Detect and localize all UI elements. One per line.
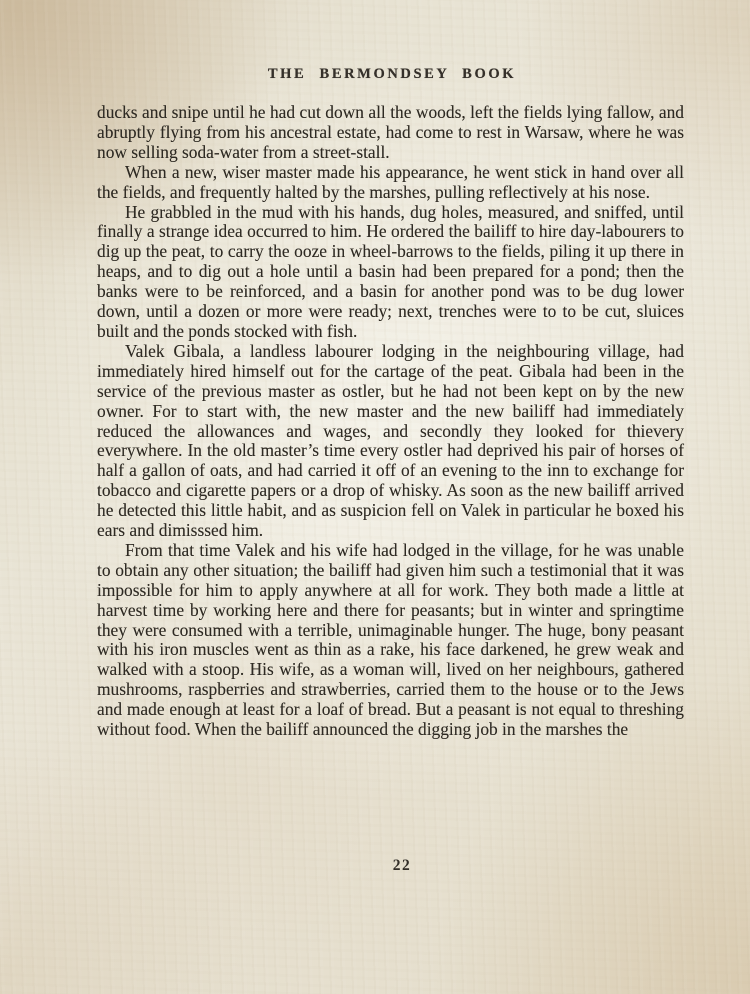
paragraph: He grabbled in the mud with his hands, d… (97, 203, 684, 342)
paragraph: When a new, wiser master made his appear… (97, 163, 684, 203)
running-header: THE BERMONDSEY BOOK (97, 66, 687, 83)
page-number: 22 (97, 857, 707, 875)
paragraph: From that time Valek and his wife had lo… (97, 541, 684, 740)
scanned-book-page: THE BERMONDSEY BOOK ducks and snipe unti… (0, 0, 750, 994)
paragraph: ducks and snipe until he had cut down al… (97, 103, 684, 163)
paragraph: Valek Gibala, a landless labourer lodgin… (97, 342, 684, 541)
body-text-block: ducks and snipe until he had cut down al… (97, 103, 684, 740)
